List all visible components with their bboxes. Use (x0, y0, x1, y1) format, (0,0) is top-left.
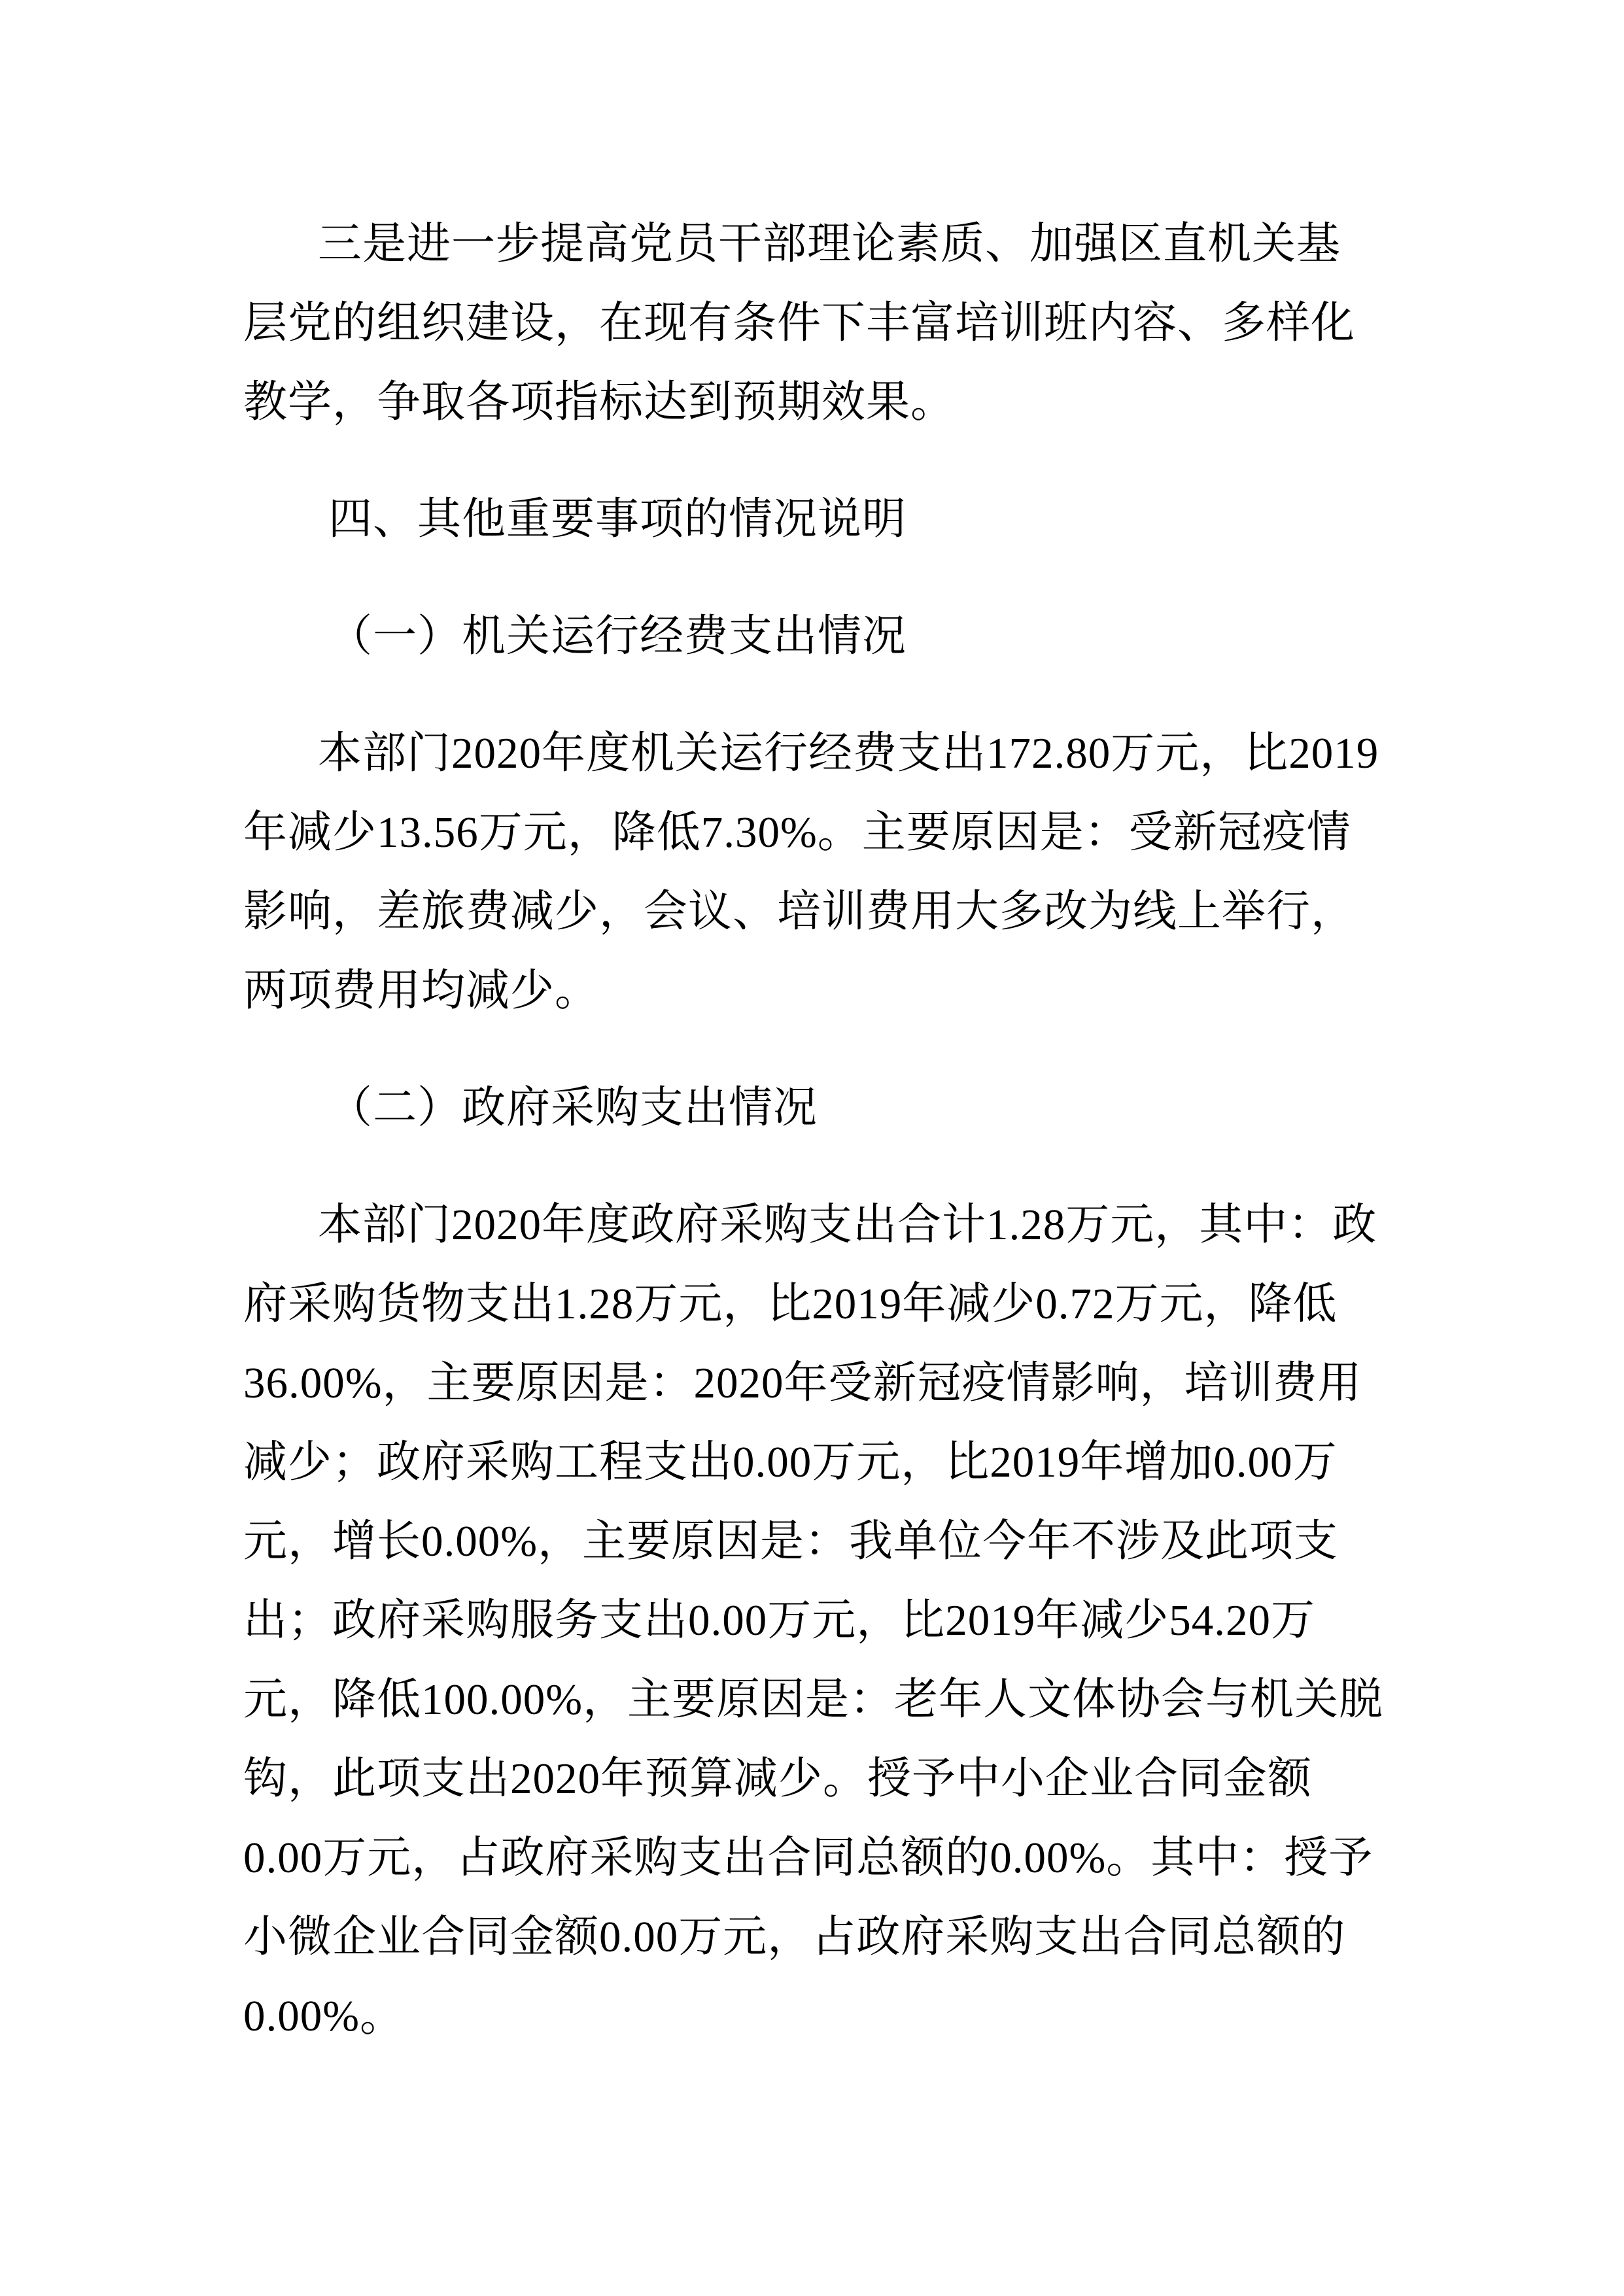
page-text-content: 三是进一步提高党员干部理论素质、加强区直机关基 层党的组织建设，在现有条件下丰富… (243, 205, 1394, 2094)
text-line: 36.00%，主要原因是：2020年受新冠疫情影响，培训费用 (243, 1344, 1394, 1423)
heading-line: （二）政府采购支出情况 (243, 1069, 1394, 1148)
text-line: 本部门2020年度政府采购支出合计1.28万元，其中：政 (243, 1186, 1394, 1265)
text-line: 本部门2020年度机关运行经费支出172.80万元，比2019 (243, 714, 1394, 793)
text-line: 元，降低100.00%，主要原因是：老年人文体协会与机关脱 (243, 1660, 1394, 1739)
text-line: 教学，争取各项指标达到预期效果。 (243, 363, 1394, 442)
subsection-heading-agency-operating-expense: （一）机关运行经费支出情况 (243, 597, 1394, 676)
document-page: 三是进一步提高党员干部理论素质、加强区直机关基 层党的组织建设，在现有条件下丰富… (0, 0, 1624, 2296)
paragraph-government-procurement-detail: 本部门2020年度政府采购支出合计1.28万元，其中：政 府采购货物支出1.28… (243, 1186, 1394, 2056)
subsection-heading-government-procurement: （二）政府采购支出情况 (243, 1069, 1394, 1148)
heading-line: 四、其他重要事项的情况说明 (243, 480, 1394, 559)
text-line: 小微企业合同金额0.00万元，占政府采购支出合同总额的 (243, 1898, 1394, 1977)
text-line: 影响，差旅费减少，会议、培训费用大多改为线上举行， (243, 872, 1394, 951)
text-line: 府采购货物支出1.28万元，比2019年减少0.72万元，降低 (243, 1265, 1394, 1344)
section-heading-other-important-matters: 四、其他重要事项的情况说明 (243, 480, 1394, 559)
text-line: 元，增长0.00%，主要原因是：我单位今年不涉及此项支 (243, 1502, 1394, 1581)
text-line: 0.00万元，占政府采购支出合同总额的0.00%。其中：授予 (243, 1819, 1394, 1898)
text-line: 钩，此项支出2020年预算减少。授予中小企业合同金额 (243, 1739, 1394, 1819)
paragraph-training-goals: 三是进一步提高党员干部理论素质、加强区直机关基 层党的组织建设，在现有条件下丰富… (243, 205, 1394, 442)
text-line: 三是进一步提高党员干部理论素质、加强区直机关基 (243, 205, 1394, 284)
text-line: 出；政府采购服务支出0.00万元，比2019年减少54.20万 (243, 1581, 1394, 1660)
text-line: 层党的组织建设，在现有条件下丰富培训班内容、多样化 (243, 284, 1394, 363)
text-line: 减少；政府采购工程支出0.00万元，比2019年增加0.00万 (243, 1423, 1394, 1502)
text-line: 0.00%。 (243, 1977, 1394, 2056)
paragraph-operating-expense-detail: 本部门2020年度机关运行经费支出172.80万元，比2019 年减少13.56… (243, 714, 1394, 1031)
heading-line: （一）机关运行经费支出情况 (243, 597, 1394, 676)
text-line: 两项费用均减少。 (243, 951, 1394, 1031)
text-line: 年减少13.56万元，降低7.30%。主要原因是：受新冠疫情 (243, 793, 1394, 872)
